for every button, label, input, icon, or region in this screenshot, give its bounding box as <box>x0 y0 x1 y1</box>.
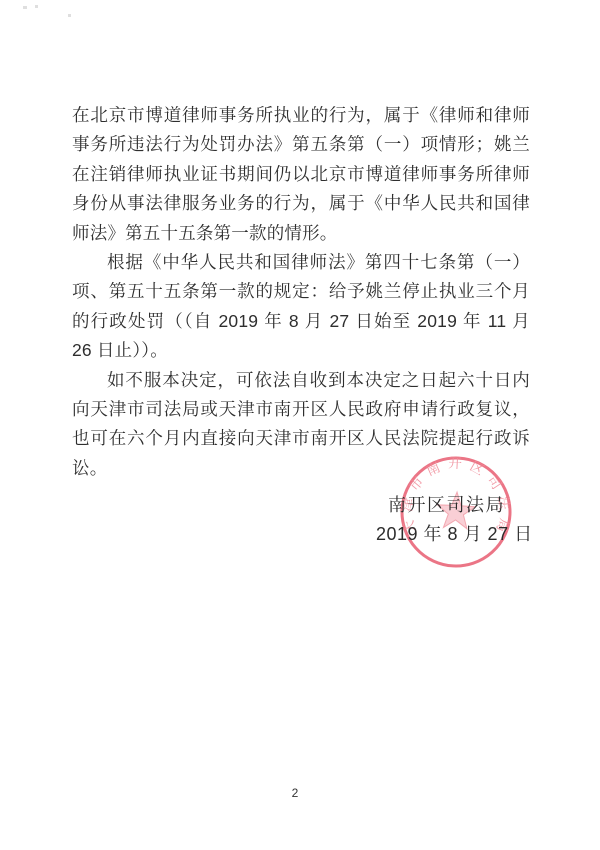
scan-speck <box>35 5 38 8</box>
signature-date: 2019 年 8 月 27 日 <box>376 520 533 546</box>
body-text: 在北京市博道律师事务所执业的行为，属于《律师和律师事务所违法行为处罚办法》第五条… <box>72 101 530 483</box>
scan-speck <box>23 6 27 9</box>
page-number: 2 <box>270 786 320 800</box>
scanned-document-page: 在北京市博道律师事务所执业的行为，属于《律师和律师事务所违法行为处罚办法》第五条… <box>0 0 600 850</box>
paragraph-penalty-decision: 根据《中华人民共和国律师法》第四十七条第（一）项、第五十五条第一款的规定：给予姚… <box>72 248 530 366</box>
paragraph-violation-findings: 在北京市博道律师事务所执业的行为，属于《律师和律师事务所违法行为处罚办法》第五条… <box>72 101 530 248</box>
signature-organization: 南开区司法局 <box>388 491 505 517</box>
scan-speck <box>68 14 71 17</box>
